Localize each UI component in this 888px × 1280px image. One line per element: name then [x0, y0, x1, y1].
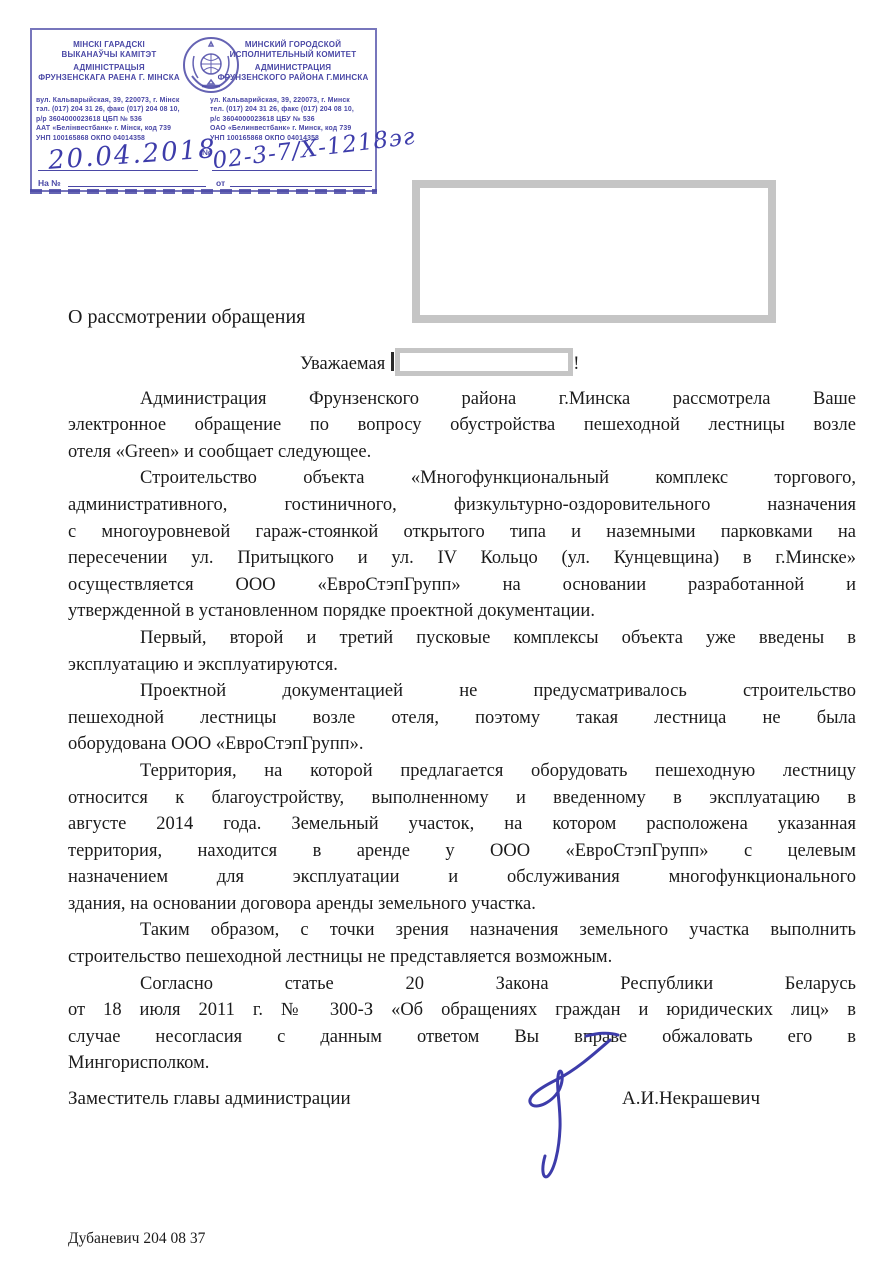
org-line: МИНСКИЙ ГОРОДСКОЙ	[210, 40, 376, 50]
salutation-suffix: !	[573, 354, 579, 374]
paragraph-line: здания, на основании договора аренды зем…	[68, 891, 856, 918]
body-paragraph: Проектной документацией не предусматрива…	[68, 678, 856, 758]
org-line: АДМІНІСТРАЦЫЯ	[36, 63, 182, 73]
salutation-prefix: Уважаемая	[300, 354, 385, 374]
body-paragraph: Строительство объекта «Многофункциональн…	[68, 465, 856, 625]
letterhead-stamp: МІНСКІ ГАРАДСКІВЫКАНАЎЧЫ КАМІТЭТАДМІНІСТ…	[30, 28, 377, 192]
paragraph-line: оборудована ООО «ЕвроСтэпГрупп».	[68, 731, 856, 758]
address-line: р/с 3604000023618 ЦБУ № 536	[210, 115, 378, 124]
paragraph-line: Мингорисполком.	[68, 1050, 856, 1077]
paragraph-line: эксплуатацию и эксплуатируются.	[68, 652, 856, 679]
body-paragraph: Администрация Фрунзенского района г.Минс…	[68, 386, 856, 466]
body-paragraph: Территория, на которой предлагается обор…	[68, 758, 856, 918]
org-name-belarusian: МІНСКІ ГАРАДСКІВЫКАНАЎЧЫ КАМІТЭТАДМІНІСТ…	[36, 40, 182, 82]
paragraph-line: Первый, второй и третий пусковые комплек…	[68, 625, 856, 652]
salutation: Уважаемая!	[68, 348, 856, 378]
ot-label: от	[216, 178, 225, 188]
paragraph-line: августе 2014 года. Земельный участок, на…	[68, 811, 856, 838]
org-line: ФРУНЗЕНСКОГО РАЙОНА Г.МИНСКА	[210, 73, 376, 83]
paragraph-line: относится к благоустройству, выполненном…	[68, 785, 856, 812]
paragraph-line: Таким образом, с точки зрения назначения…	[68, 917, 856, 944]
redacted-name-fragment	[391, 352, 394, 371]
signature-scribble	[498, 1030, 626, 1188]
paragraph-line: назначением для эксплуатации и обслужива…	[68, 864, 856, 891]
paragraph-line: с многоуровневой гараж-стоянкой открытог…	[68, 519, 856, 546]
address-line: тэл. (017) 204 31 26, факс (017) 204 08 …	[36, 105, 208, 114]
signature-position-title: Заместитель главы администрации	[68, 1088, 351, 1110]
address-line: ул. Кальварийская, 39, 220073, г. Минск	[210, 96, 378, 105]
body-paragraphs: Администрация Фрунзенского района г.Минс…	[68, 386, 856, 1077]
subject-line: О рассмотрении обращения	[68, 306, 305, 329]
paragraph-line: осуществляется ООО «ЕвроСтэпГрупп» на ос…	[68, 572, 856, 599]
redaction-box-name	[395, 348, 573, 376]
number-blank-line	[212, 170, 372, 171]
org-line: АДМИНИСТРАЦИЯ	[210, 63, 376, 73]
address-line: тел. (017) 204 31 26, факс (017) 204 08 …	[210, 105, 378, 114]
paragraph-line: Согласно статье 20 Закона Республики Бел…	[68, 971, 856, 998]
paragraph-line: Строительство объекта «Многофункциональн…	[68, 465, 856, 492]
stamp-bottom-dashes	[30, 189, 377, 194]
body-paragraph: Таким образом, с точки зрения назначения…	[68, 917, 856, 970]
paragraph-line: пересечении ул. Притыцкого и ул. IV Коль…	[68, 545, 856, 572]
na-no-blank-line	[68, 186, 206, 187]
address-line: ААТ «Белінвестбанк» г. Мінск, код 739	[36, 124, 208, 133]
na-no-label: На №	[38, 178, 61, 188]
executor-footer: Дубаневич 204 08 37	[68, 1230, 205, 1248]
org-line: МІНСКІ ГАРАДСКІ	[36, 40, 182, 50]
signature-name: А.И.Некрашевич	[622, 1088, 760, 1110]
org-line: ФРУНЗЕНСКАГА РАЕНА Г. МІНСКА	[36, 73, 182, 83]
paragraph-line: от 18 июля 2011 г. № 300-З «Об обращения…	[68, 997, 856, 1024]
date-blank-line	[38, 170, 198, 171]
paragraph-line: отеля «Green» и сообщает следующее.	[68, 439, 856, 466]
paragraph-line: административного, гостиничного, физкуль…	[68, 492, 856, 519]
paragraph-line: Администрация Фрунзенского района г.Минс…	[68, 386, 856, 413]
paragraph-line: утвержденной в установленном порядке про…	[68, 598, 856, 625]
paragraph-line: пешеходной лестницы возле отеля, поэтому…	[68, 705, 856, 732]
body-paragraph: Первый, второй и третий пусковые комплек…	[68, 625, 856, 678]
paragraph-line: Территория, на которой предлагается обор…	[68, 758, 856, 785]
org-line: ВЫКАНАЎЧЫ КАМІТЭТ	[36, 50, 182, 60]
org-line: ИСПОЛНИТЕЛЬНЫЙ КОМИТЕТ	[210, 50, 376, 60]
scanned-letter-page: МІНСКІ ГАРАДСКІВЫКАНАЎЧЫ КАМІТЭТАДМІНІСТ…	[0, 0, 888, 1280]
org-name-russian: МИНСКИЙ ГОРОДСКОЙИСПОЛНИТЕЛЬНЫЙ КОМИТЕТА…	[210, 40, 376, 82]
paragraph-line: электронное обращение по вопросу обустро…	[68, 412, 856, 439]
address-line: вул. Кальварыйская, 39, 220073, г. Мінск	[36, 96, 208, 105]
paragraph-line: строительство пешеходной лестницы не пре…	[68, 944, 856, 971]
letter-body: Уважаемая! Администрация Фрунзенского ра…	[68, 348, 856, 1077]
number-sign-label: №	[202, 148, 211, 157]
paragraph-line: Проектной документацией не предусматрива…	[68, 678, 856, 705]
address-line: р/р 3604000023618 ЦБП № 536	[36, 115, 208, 124]
body-paragraph: Согласно статье 20 Закона Республики Бел…	[68, 971, 856, 1077]
paragraph-line: территория, находится в аренде у ООО «Ев…	[68, 838, 856, 865]
redaction-box-addressee	[412, 180, 776, 323]
paragraph-line: случае несогласия с данным ответом Вы вп…	[68, 1024, 856, 1051]
ot-blank-line	[230, 186, 372, 187]
